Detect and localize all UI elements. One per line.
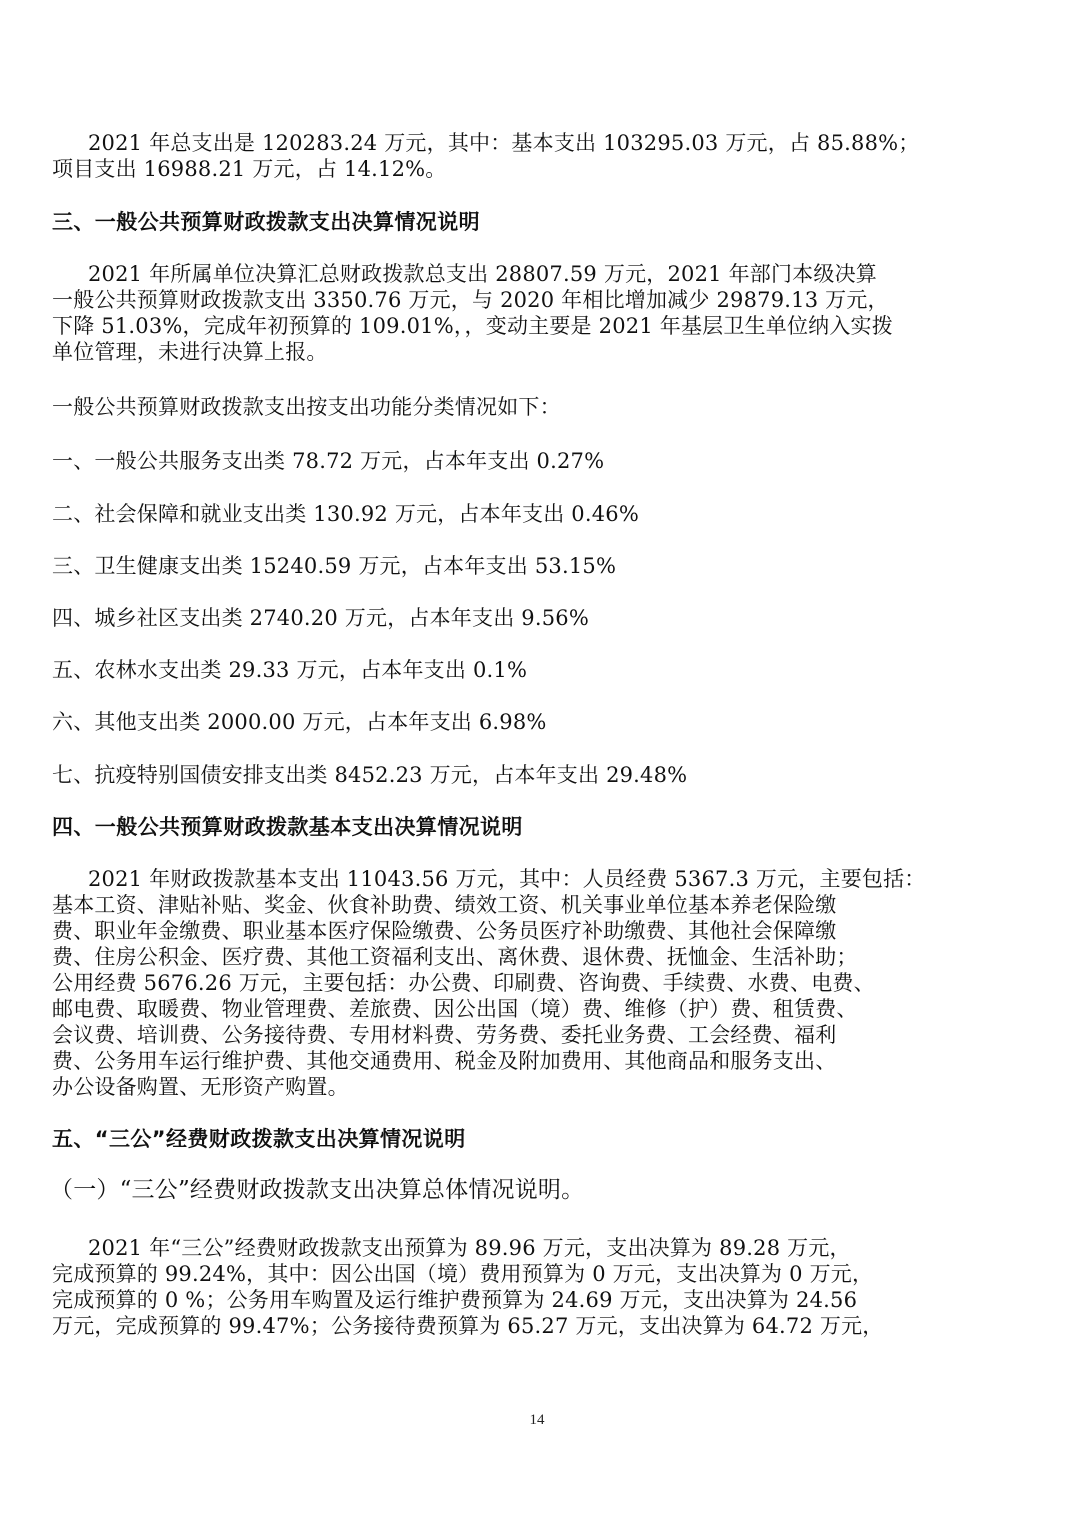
section-4-paragraph-line9: 办公设备购置、无形资产购置。 — [52, 1075, 349, 1099]
expenditure-item-7: 七、抗疫特别国债安排支出类 8452.23 万元，占本年支出 29.48% — [52, 763, 687, 787]
expenditure-item-5: 五、农林水支出类 29.33 万元，占本年支出 0.1% — [52, 658, 527, 682]
paragraph-total-expenditure-line1: 2021 年总支出是 120283.24 万元，其中：基本支出 103295.0… — [88, 131, 920, 155]
expenditure-item-2: 二、社会保障和就业支出类 130.92 万元，占本年支出 0.46% — [52, 502, 639, 526]
section-4-paragraph-line1: 2021 年财政拨款基本支出 11043.56 万元，其中：人员经费 5367.… — [88, 867, 926, 891]
page-number: 14 — [0, 1412, 1074, 1429]
section-4-paragraph-line2: 基本工资、津贴补贴、奖金、伙食补助费、绩效工资、机关事业单位基本养老保险缴 — [52, 893, 836, 917]
section-3-paragraph-line1: 2021 年所属单位决算汇总财政拨款总支出 28807.59 万元，2021 年… — [88, 262, 877, 286]
section-4-heading: 四、一般公共预算财政拨款基本支出决算情况说明 — [52, 815, 523, 839]
section-3-paragraph-line4: 单位管理，未进行决算上报。 — [52, 340, 328, 364]
paragraph-total-expenditure-line2: 项目支出 16988.21 万元，占 14.12%。 — [52, 157, 447, 181]
section-3-heading: 三、一般公共预算财政拨款支出决算情况说明 — [52, 210, 480, 234]
section-4-paragraph-line4: 费、住房公积金、医疗费、其他工资福利支出、离休费、退休费、抚恤金、生活补助； — [52, 945, 858, 969]
expenditure-item-4: 四、城乡社区支出类 2740.20 万元，占本年支出 9.56% — [52, 606, 589, 630]
section-4-paragraph-line8: 费、公务用车运行维护费、其他交通费用、税金及附加费用、其他商品和服务支出、 — [52, 1049, 836, 1073]
section-5-heading: 五、“三公”经费财政拨款支出决算情况说明 — [52, 1127, 466, 1151]
section-3-paragraph-line3: 下降 51.03%，完成年初预算的 109.01%，，变动主要是 2021 年基… — [52, 314, 893, 338]
section-3-intro: 一般公共预算财政拨款支出按支出功能分类情况如下： — [52, 395, 561, 419]
expenditure-item-6: 六、其他支出类 2000.00 万元，占本年支出 6.98% — [52, 710, 547, 734]
section-4-paragraph-line7: 会议费、培训费、公务接待费、专用材料费、劳务费、委托业务费、工会经费、福利 — [52, 1023, 836, 1047]
section-5-paragraph-line1: 2021 年“三公”经费财政拨款支出预算为 89.96 万元，支出决算为 89.… — [88, 1236, 851, 1260]
expenditure-item-1: 一、一般公共服务支出类 78.72 万元，占本年支出 0.27% — [52, 449, 604, 473]
section-3-paragraph-line2: 一般公共预算财政拨款支出 3350.76 万元，与 2020 年相比增加减少 2… — [52, 288, 889, 312]
section-4-paragraph-line6: 邮电费、取暖费、物业管理费、差旅费、因公出国（境）费、维修（护）费、租赁费、 — [52, 997, 858, 1021]
section-4-paragraph-line3: 费、职业年金缴费、职业基本医疗保险缴费、公务员医疗补助缴费、其他社会保障缴 — [52, 919, 836, 943]
section-4-paragraph-line5: 公用经费 5676.26 万元，主要包括：办公费、印刷费、咨询费、手续费、水费、… — [52, 971, 875, 995]
expenditure-item-3: 三、卫生健康支出类 15240.59 万元，占本年支出 53.15% — [52, 554, 616, 578]
section-5-paragraph-line2: 完成预算的 99.24%，其中：因公出国（境）费用预算为 0 万元，支出决算为 … — [52, 1262, 873, 1286]
section-5-subheading: （一）“三公”经费财政拨款支出决算总体情况说明。 — [50, 1178, 584, 1202]
section-5-paragraph-line4: 万元，完成预算的 99.47%；公务接待费预算为 65.27 万元，支出决算为 … — [52, 1314, 883, 1338]
section-5-paragraph-line3: 完成预算的 0 %；公务用车购置及运行维护费预算为 24.69 万元，支出决算为… — [52, 1288, 857, 1312]
